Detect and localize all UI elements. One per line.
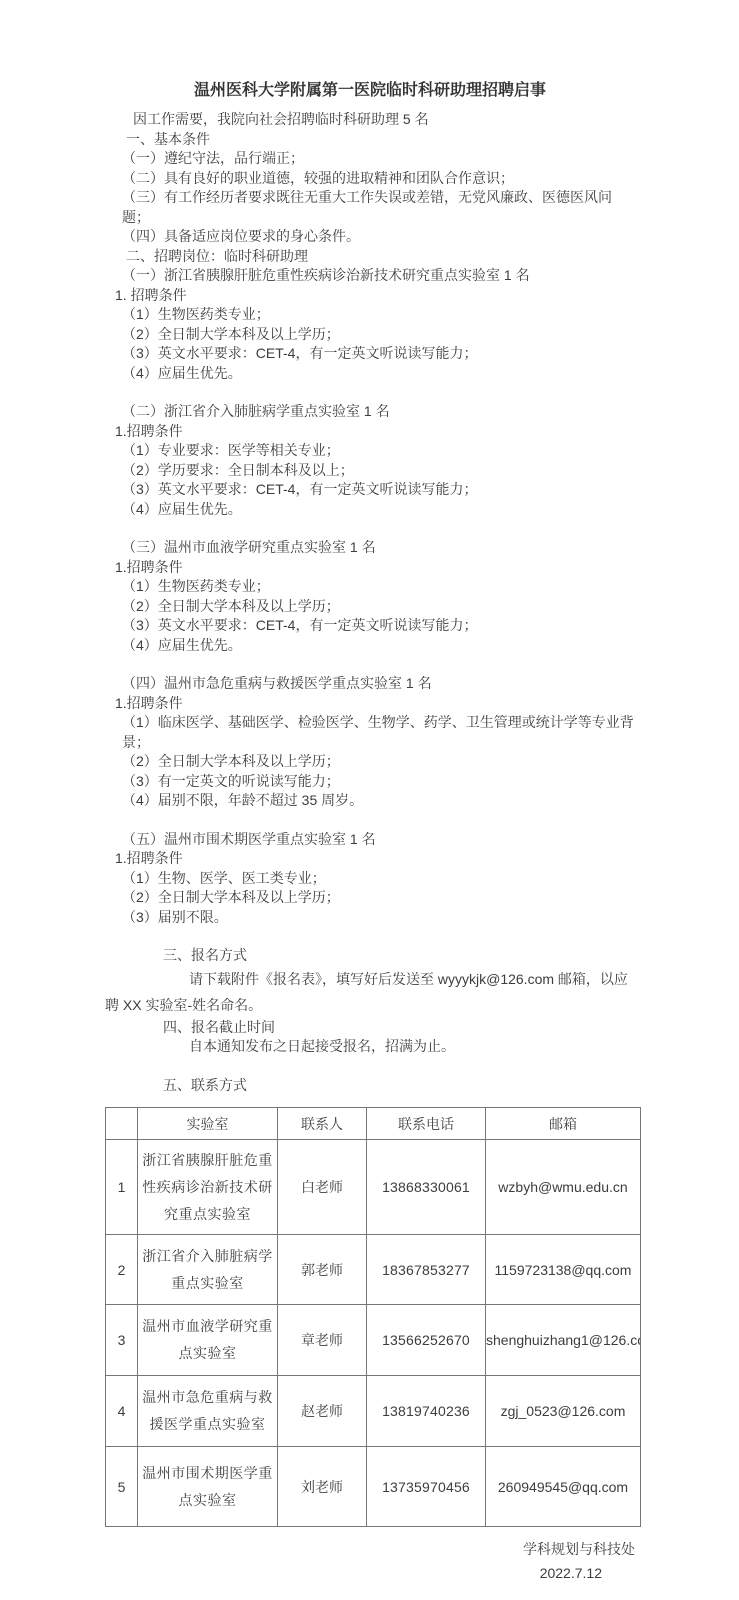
column-header: 联系电话 (367, 1108, 486, 1140)
lab-name: 温州市血液学研究重点实验室 (138, 1305, 278, 1376)
contact-phone: 18367853277 (367, 1235, 486, 1305)
column-header: 邮箱 (486, 1108, 641, 1140)
column-header (106, 1108, 138, 1140)
lab-name: 温州市围术期医学重点实验室 (138, 1447, 278, 1527)
paragraph: （3）英文水平要求：CET-4，有一定英文听说读写能力； (105, 480, 639, 500)
document-body: 因工作需要，我院向社会招聘临时科研助理 5 名一、基本条件（一）遵纪守法，品行端… (105, 110, 639, 1095)
paragraph: （1）专业要求：医学等相关专业； (105, 441, 639, 461)
contact-name: 章老师 (278, 1305, 367, 1376)
column-header: 联系人 (278, 1108, 367, 1140)
paragraph: 二、招聘岗位：临时科研助理 (105, 247, 639, 267)
contact-table-header: 实验室联系人联系电话邮箱 (106, 1108, 641, 1140)
row-number: 2 (106, 1235, 138, 1305)
paragraph: （1）临床医学、基础医学、检验医学、生物学、药学、卫生管理或统计学等专业背景； (105, 713, 639, 752)
contact-name: 刘老师 (278, 1447, 367, 1527)
paragraph: （2）全日制大学本科及以上学历； (105, 888, 639, 908)
paragraph: （四）温州市急危重病与救援医学重点实验室 1 名 (105, 674, 639, 694)
contact-table-body: 1浙江省胰腺肝脏危重性疾病诊治新技术研究重点实验室白老师13868330061w… (106, 1140, 641, 1527)
paragraph: （2）全日制大学本科及以上学历； (105, 325, 639, 345)
paragraph: （2）全日制大学本科及以上学历； (105, 752, 639, 772)
paragraph: 1.招聘条件 (105, 558, 639, 578)
paragraph: （五）温州市围术期医学重点实验室 1 名 (105, 830, 639, 850)
contact-phone: 13735970456 (367, 1447, 486, 1527)
paragraph: 1.招聘条件 (105, 694, 639, 714)
contact-name: 郭老师 (278, 1235, 367, 1305)
paragraph: （一）浙江省胰腺肝脏危重性疾病诊治新技术研究重点实验室 1 名 (105, 266, 639, 286)
paragraph: 自本通知发布之日起接受报名，招满为止。 (105, 1037, 639, 1057)
column-header: 实验室 (138, 1108, 278, 1140)
table-row: 4温州市急危重病与救援医学重点实验室赵老师13819740236zgj_0523… (106, 1376, 641, 1447)
row-number: 4 (106, 1376, 138, 1447)
contact-phone: 13566252670 (367, 1305, 486, 1376)
document-footer: 学科规划与科技处 2022.7.12 (0, 1537, 635, 1585)
row-number: 5 (106, 1447, 138, 1527)
table-row: 5温州市围术期医学重点实验室刘老师13735970456260949545@qq… (106, 1447, 641, 1527)
contact-table: 实验室联系人联系电话邮箱 1浙江省胰腺肝脏危重性疾病诊治新技术研究重点实验室白老… (105, 1107, 641, 1527)
paragraph: （四）具备适应岗位要求的身心条件。 (105, 227, 639, 247)
contact-email: wzbyh@wmu.edu.cn (486, 1140, 641, 1235)
paragraph: （4）届别不限，年龄不超过 35 周岁。 (105, 791, 639, 811)
paragraph: （4）应届生优先。 (105, 500, 639, 520)
paragraph: 1. 招聘条件 (105, 286, 639, 306)
contact-email: zgj_0523@126.com (486, 1376, 641, 1447)
paragraph: （二）具有良好的职业道德，较强的进取精神和团队合作意识； (105, 169, 639, 189)
paragraph: 三、报名方式 (105, 946, 639, 966)
footer-department: 学科规划与科技处 (0, 1537, 635, 1561)
lab-name: 浙江省介入肺脏病学重点实验室 (138, 1235, 278, 1305)
paragraph: （3）有一定英文的听说读写能力； (105, 772, 639, 792)
row-number: 3 (106, 1305, 138, 1376)
paragraph: （二）浙江省介入肺脏病学重点实验室 1 名 (105, 402, 639, 422)
paragraph: 1.招聘条件 (105, 849, 639, 869)
header-row: 实验室联系人联系电话邮箱 (106, 1108, 641, 1140)
paragraph: 1.招聘条件 (105, 422, 639, 442)
paragraph: （三）有工作经历者要求既往无重大工作失误或差错，无党风廉政、医德医风问题； (105, 188, 639, 227)
paragraph: （一）遵纪守法，品行端正； (105, 149, 639, 169)
paragraph: （2）学历要求：全日制本科及以上； (105, 461, 639, 481)
document-title: 温州医科大学附属第一医院临时科研助理招聘启事 (105, 0, 635, 102)
paragraph: （1）生物、医学、医工类专业； (105, 869, 639, 889)
contact-name: 白老师 (278, 1140, 367, 1235)
paragraph: 五、联系方式 (105, 1076, 639, 1096)
paragraph: （3）英文水平要求：CET-4，有一定英文听说读写能力； (105, 344, 639, 364)
contact-email: shenghuizhang1@126.com (486, 1305, 641, 1376)
paragraph: （3）届别不限。 (105, 908, 639, 928)
paragraph: （1）生物医药类专业； (105, 577, 639, 597)
paragraph: 四、报名截止时间 (105, 1018, 639, 1038)
table-row: 3温州市血液学研究重点实验室章老师13566252670shenghuizhan… (106, 1305, 641, 1376)
contact-email: 1159723138@qq.com (486, 1235, 641, 1305)
paragraph: （三）温州市血液学研究重点实验室 1 名 (105, 538, 639, 558)
paragraph: （4）应届生优先。 (105, 636, 639, 656)
paragraph: 请下载附件《报名表》，填写好后发送至 wyyykjk@126.com 邮箱，以应… (105, 966, 639, 1018)
paragraph: （2）全日制大学本科及以上学历； (105, 597, 639, 617)
contact-email: 260949545@qq.com (486, 1447, 641, 1527)
table-row: 2浙江省介入肺脏病学重点实验室郭老师183678532771159723138@… (106, 1235, 641, 1305)
row-number: 1 (106, 1140, 138, 1235)
contact-phone: 13819740236 (367, 1376, 486, 1447)
contact-name: 赵老师 (278, 1376, 367, 1447)
paragraph: 一、基本条件 (105, 130, 639, 150)
footer-date: 2022.7.12 (0, 1561, 635, 1585)
contact-phone: 13868330061 (367, 1140, 486, 1235)
paragraph: （1）生物医药类专业； (105, 305, 639, 325)
paragraph: （4）应届生优先。 (105, 364, 639, 384)
table-row: 1浙江省胰腺肝脏危重性疾病诊治新技术研究重点实验室白老师13868330061w… (106, 1140, 641, 1235)
paragraph: 因工作需要，我院向社会招聘临时科研助理 5 名 (105, 110, 639, 130)
paragraph: （3）英文水平要求：CET-4，有一定英文听说读写能力； (105, 616, 639, 636)
lab-name: 浙江省胰腺肝脏危重性疾病诊治新技术研究重点实验室 (138, 1140, 278, 1235)
lab-name: 温州市急危重病与救援医学重点实验室 (138, 1376, 278, 1447)
document-page: 温州医科大学附属第一医院临时科研助理招聘启事 因工作需要，我院向社会招聘临时科研… (0, 0, 739, 1600)
